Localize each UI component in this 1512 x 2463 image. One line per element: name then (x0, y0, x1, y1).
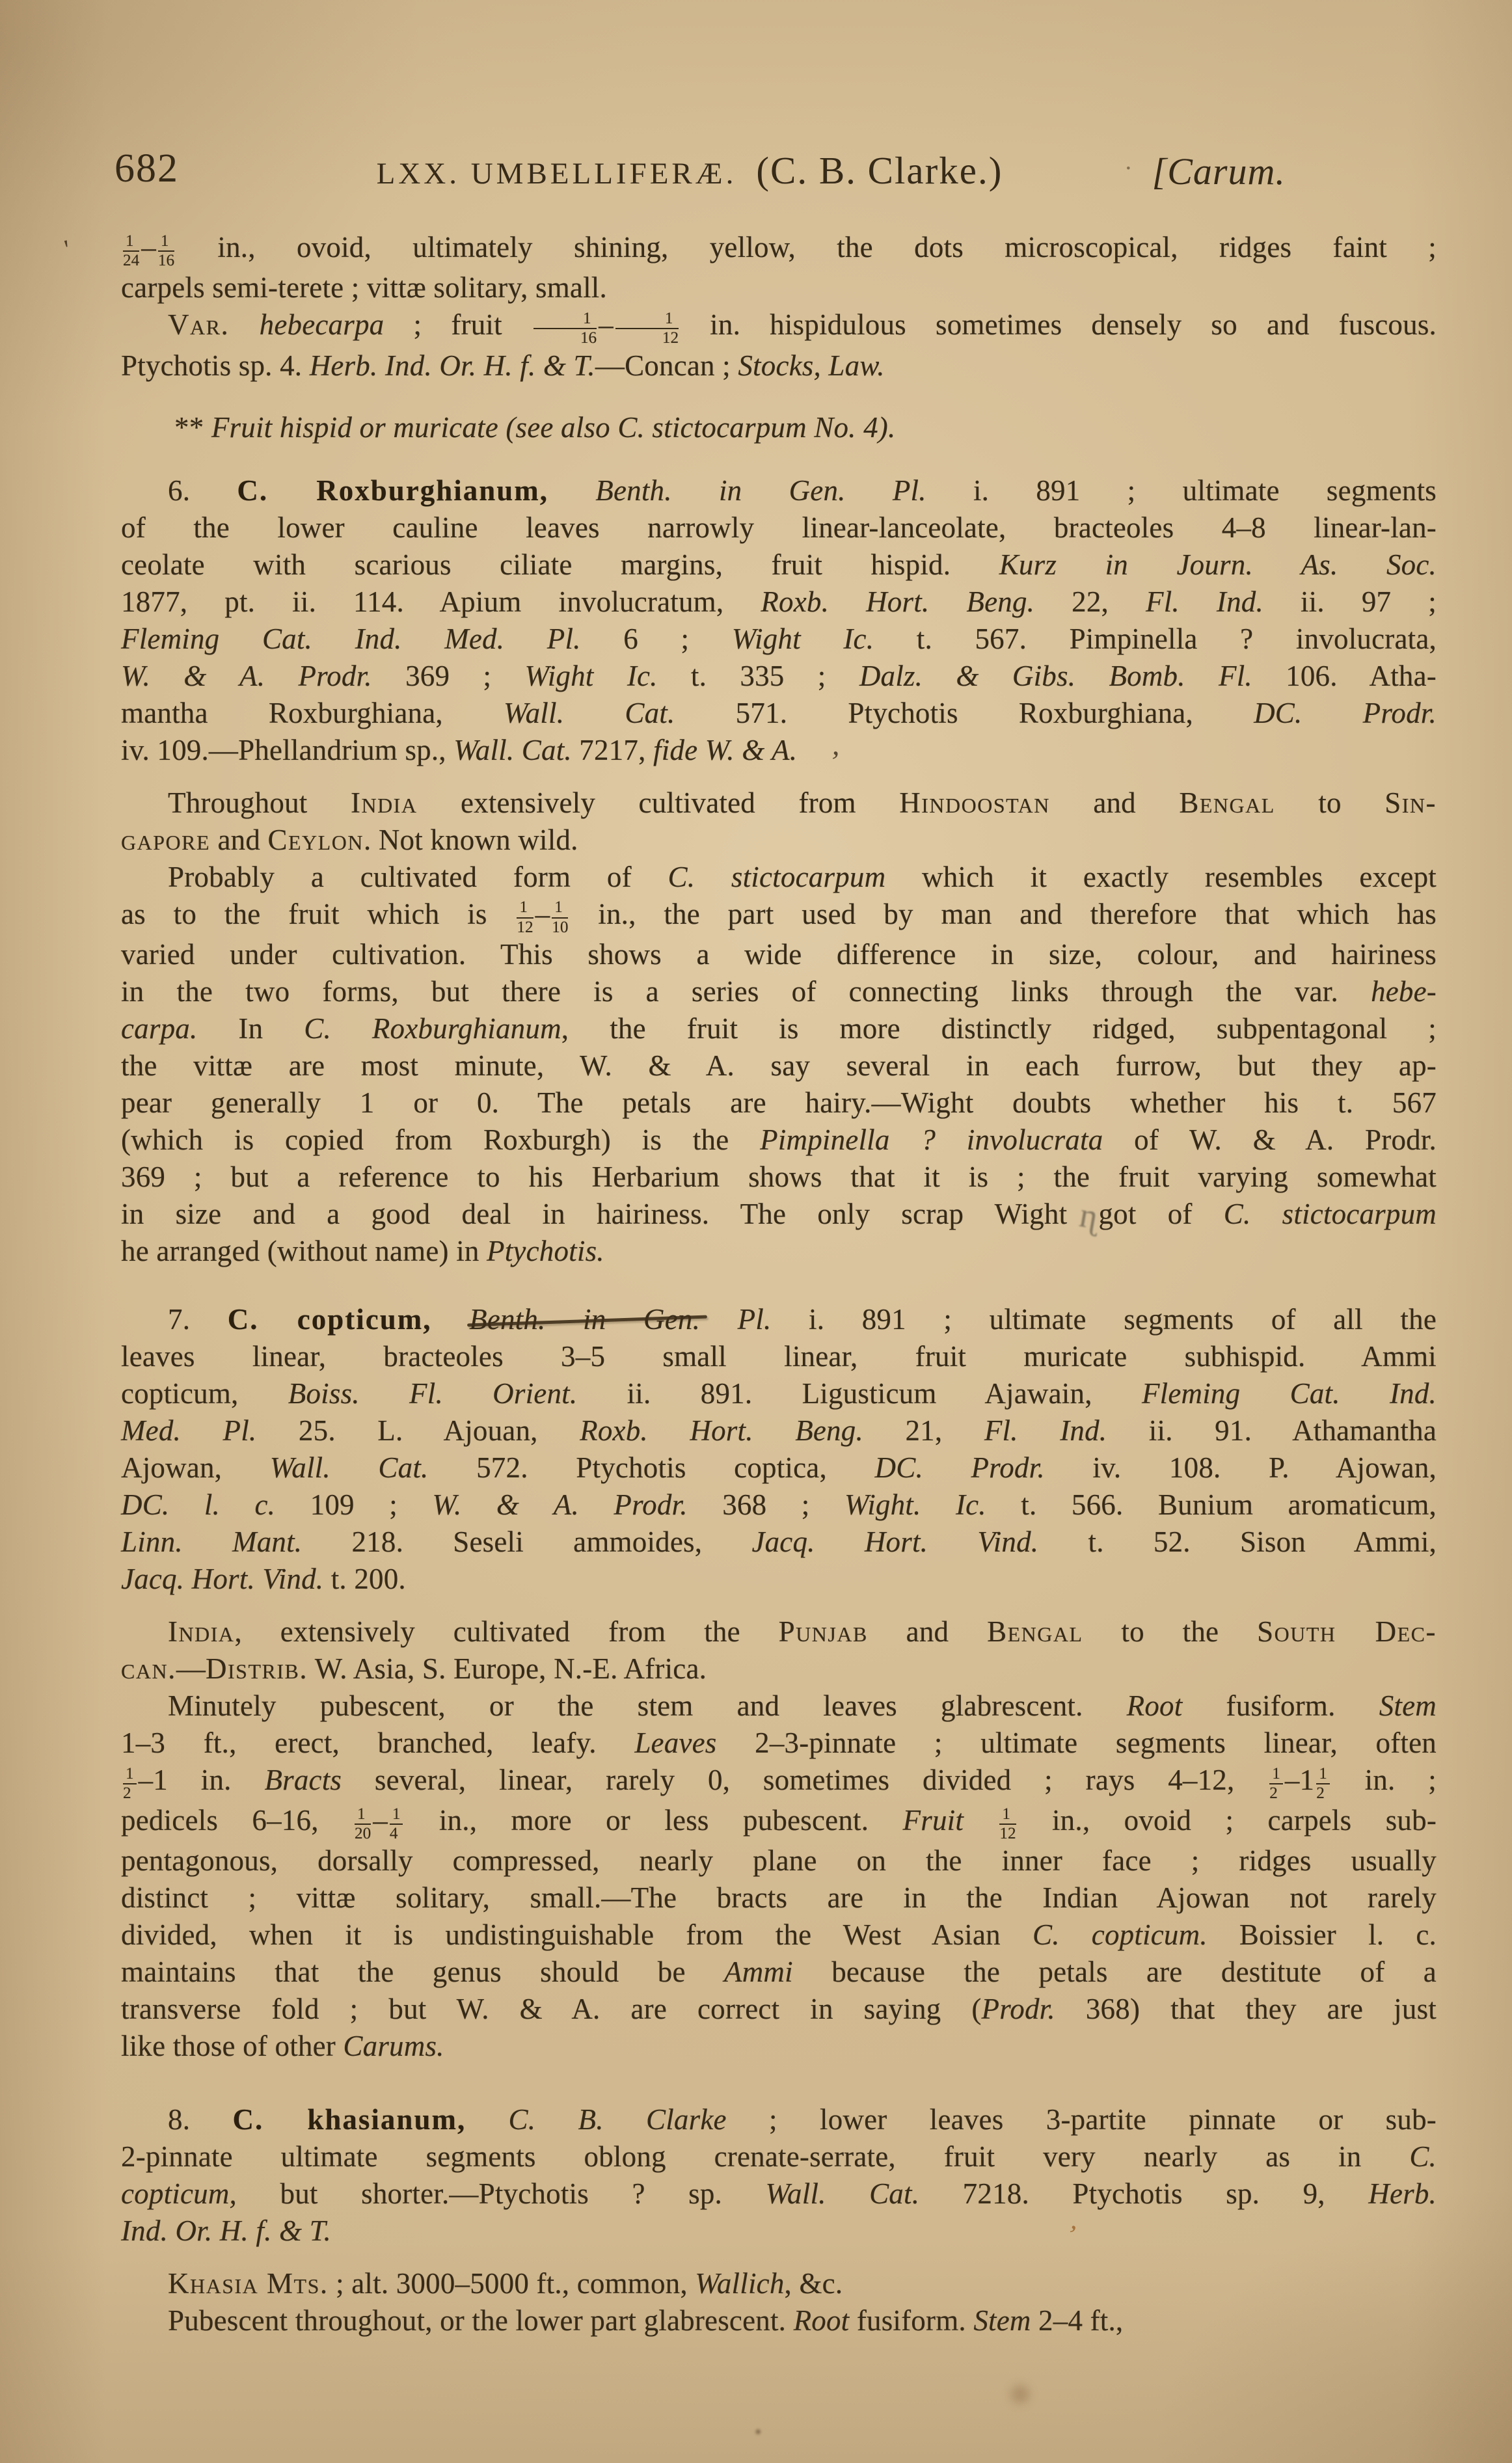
book-page: 682 LXX. UMBELLIFERÆ.(C. B. Clarke.) ·[C… (0, 0, 1512, 2463)
text-run: 106. Atha- (1252, 660, 1437, 692)
text-run: 572. Ptychotis coptica, (429, 1451, 875, 1484)
stacked-fraction: 12 (1269, 1766, 1283, 1802)
text-run: Bengal (1179, 787, 1275, 819)
text-run: DC. Prodr. (1254, 697, 1437, 729)
text-run: Jacq. Hort. Vind. (121, 1563, 323, 1595)
text-run: –1 (1285, 1764, 1314, 1796)
text-run: Root (794, 2304, 850, 2337)
text-line: gapore and Ceylon. Not known wild. (121, 822, 1437, 859)
text-line: Ajowan, Wall. Cat. 572. Ptychotis coptic… (121, 1449, 1437, 1487)
text-run: fide W. & A. (653, 734, 797, 766)
text-run: copticum, (121, 2177, 237, 2210)
text-run: Ceylon (268, 824, 364, 856)
text-run: in., more or less pubescent. (405, 1804, 902, 1837)
text-run (964, 1804, 997, 1837)
text-run: Probably a cultivated form of (168, 861, 668, 893)
text-run: extensively cultivated from (417, 787, 899, 819)
text-run: of the lower cauline leaves narrowly lin… (121, 511, 1437, 544)
text-run: mantha Roxburghiana, (121, 697, 504, 729)
paragraph-distribution-roxburghianum: Throughout India extensively cultivated … (121, 785, 1437, 859)
text-run: divided, when it is undistinguishable fr… (121, 1918, 1033, 1951)
stacked-fraction: 120 (355, 1806, 371, 1842)
text-run: Distrib. (206, 1652, 308, 1685)
genus-header: ·[Carum. (1124, 150, 1286, 193)
text-run: Wall. Cat. (270, 1451, 429, 1484)
text-run: India (351, 787, 417, 819)
text-run: because the petals are destitute of a (793, 1956, 1437, 1988)
text-run: W. & A. Prodr. (432, 1488, 687, 1521)
text-run: in the two forms, but there is a series … (121, 975, 1371, 1008)
text-run: Hindoostan (899, 787, 1050, 819)
text-run: t. 566. Bunium aromaticum, (986, 1488, 1437, 1521)
text-run: Fleming Cat. Ind. Med. Pl. (121, 623, 581, 655)
text-line: copticum, Boiss. Fl. Orient. ii. 891. Li… (121, 1375, 1437, 1412)
text-run: Herb. Ind. Or. H. f. & T. (310, 349, 595, 382)
text-line: Linn. Mant. 218. Seseli ammoides, Jacq. … (121, 1524, 1437, 1561)
stacked-fraction: 116 (533, 310, 597, 347)
text-run: Kurz in Journ. As. Soc. (999, 548, 1437, 581)
text-run: pentagonous, dorsally compressed, nearly… (121, 1844, 1437, 1877)
text-run: he arranged (without name) in (121, 1235, 487, 1267)
text-line: Fleming Cat. Ind. Med. Pl. 6 ; Wight Ic.… (121, 621, 1437, 658)
text-line: 12–1 in. Bracts several, linear, rarely … (121, 1762, 1437, 1802)
text-line: 2-pinnate ultimate segments oblong crena… (121, 2138, 1437, 2175)
stacked-fraction: 12 (123, 1766, 137, 1802)
text-run: ; alt. 3000–5000 ft., common, (329, 2267, 695, 2300)
stacked-fraction: 112 (517, 899, 533, 935)
text-line: like those of other Carums. (121, 2028, 1437, 2065)
text-run: in. hispidulous sometimes densely so and… (681, 308, 1437, 341)
text-run: Pimpinella ? involucrata (760, 1124, 1103, 1156)
text-run: Fruit hispid or muricate (see also C. st… (211, 411, 896, 444)
paragraph-species-7-copticum: 7. C. copticum, Benth. in Gen. Pl. i. 89… (121, 1301, 1437, 1598)
text-run: Bengal (987, 1615, 1083, 1648)
text-run: and (210, 824, 267, 856)
paragraph-species-6-roxburghianum: 6. C. Roxburghianum, Benth. in Gen. Pl. … (121, 472, 1437, 769)
paragraph-distribution-copticum: India, extensively cultivated from the P… (121, 1613, 1437, 1688)
text-run (700, 1303, 738, 1336)
text-run: copticum, (121, 1377, 288, 1410)
text-run: ; fruit (384, 308, 532, 341)
genus-label: [Carum. (1152, 150, 1286, 193)
text-line: 1877, pt. ii. 114. Apium involucratum, R… (121, 584, 1437, 621)
text-run: C. (1409, 2140, 1437, 2173)
text-run: Wallich (695, 2267, 784, 2300)
paragraph-species-8-khasianum: 8. C. khasianum, C. B. Clarke ; lower le… (121, 2101, 1437, 2250)
text-line: Pubescent throughout, or the lower part … (121, 2302, 1437, 2339)
paragraph-note-roxburghianum: Probably a cultivated form of C. stictoc… (121, 859, 1437, 1270)
text-run: 6 ; (581, 623, 732, 655)
text-run: and (1050, 787, 1180, 819)
text-run: transverse fold ; but W. & A. are correc… (121, 1993, 982, 2025)
ink-speck: • (755, 2421, 762, 2443)
text-run: 218. Seseli ammoides, (302, 1526, 751, 1558)
text-line: Probably a cultivated form of C. stictoc… (121, 859, 1437, 896)
text-run: pedicels 6–16, (121, 1804, 353, 1837)
text-run: 369 ; but a reference to his Herbarium s… (121, 1161, 1437, 1193)
text-run: 7. (168, 1303, 228, 1336)
text-line: the vittæ are most minute, W. & A. say s… (121, 1047, 1437, 1084)
text-run: Wall. Cat. (504, 697, 675, 729)
text-run: ii. 97 ; (1263, 585, 1437, 618)
text-line: Med. Pl. 25. L. Ajouan, Roxb. Hort. Beng… (121, 1412, 1437, 1449)
text-run: Sin- (1384, 787, 1437, 819)
text-run: fusiform. (1182, 1689, 1379, 1722)
text-line: distinct ; vittæ solitary, small.—The br… (121, 1879, 1437, 1917)
text-run: Var. (168, 308, 260, 341)
text-run: maintains that the genus should be (121, 1956, 724, 1988)
family-header: LXX. UMBELLIFERÆ. (377, 157, 737, 191)
section-heading-fruit-hispid: ** Fruit hispid or muricate (see also C.… (121, 409, 1437, 446)
text-run: in., ovoid ; carpels sub- (1018, 1804, 1437, 1837)
text-run: 369 ; (372, 660, 525, 692)
text-run: i. 891 ; ultimate segments of all the (771, 1303, 1437, 1336)
text-run: Stem (973, 2304, 1031, 2337)
text-run: t. 335 ; (658, 660, 859, 692)
text-run: – (599, 308, 614, 341)
text-run: i. 891 ; ultimate segments (926, 474, 1437, 507)
text-run: 368) that they are just (1055, 1993, 1437, 2025)
text-run: Linn. Mant. (121, 1526, 302, 1558)
text-column: 124–116 in., ovoid, ultimately shining, … (121, 229, 1437, 2339)
text-line: pear generally 1 or 0. The petals are ha… (121, 1084, 1437, 1122)
text-line: he arranged (without name) in Ptychotis. (121, 1233, 1437, 1270)
text-run: Dalz. & Gibs. Bomb. Fl. (859, 660, 1252, 692)
text-run: which it exactly resembles except (885, 861, 1437, 893)
text-run (432, 1303, 470, 1336)
text-run: 8. (168, 2103, 232, 2136)
text-run: 2–4 ft., (1031, 2304, 1124, 2337)
text-run: Fl. Ind. (984, 1414, 1107, 1447)
text-line: copticum, but shorter.—Ptychotis ? sp. W… (121, 2175, 1437, 2213)
text-run (466, 2103, 508, 2136)
text-run: hebe- (1371, 975, 1437, 1008)
text-line: in the two forms, but there is a series … (121, 973, 1437, 1010)
page-number: 682 (115, 146, 179, 192)
text-line: maintains that the genus should be Ammi … (121, 1954, 1437, 1991)
text-line: Minutely pubescent, or the stem and leav… (121, 1688, 1437, 1725)
text-run: W. & A. Prodr. (121, 660, 372, 692)
text-line: varied under cultivation. This shows a w… (121, 936, 1437, 973)
text-run: C. Roxburghianum (304, 1012, 561, 1045)
text-run: Ind. Or. H. f. & T. (121, 2214, 331, 2247)
text-run: distinct ; vittæ solitary, small.—The br… (121, 1881, 1437, 1914)
text-line: Jacq. Hort. Vind. t. 200. (121, 1561, 1437, 1598)
text-line: mantha Roxburghiana, Wall. Cat. 571. Pty… (121, 695, 1437, 732)
text-line: leaves linear, bracteoles 3–5 small line… (121, 1338, 1437, 1375)
text-run: fusiform. (849, 2304, 973, 2337)
text-run: Ajowan, (121, 1451, 270, 1484)
text-line: W. & A. Prodr. 369 ; Wight Ic. t. 335 ; … (121, 658, 1437, 695)
text-run: in., the part used by man and therefore … (570, 898, 1437, 930)
text-run: (which is copied from Roxburgh) is the (121, 1124, 760, 1156)
text-line: ceolate with scarious ciliate margins, f… (121, 546, 1437, 584)
text-run: ceolate with scarious ciliate margins, f… (121, 548, 999, 581)
text-run: 1877, pt. ii. 114. Apium involucratum, (121, 585, 761, 618)
text-run: 109 ; (275, 1488, 432, 1521)
text-run: –1 in. (139, 1764, 265, 1796)
running-header: LXX. UMBELLIFERÆ.(C. B. Clarke.) (306, 148, 1073, 193)
text-run: Pl. (738, 1303, 772, 1336)
text-run: Boiss. Fl. Orient. (288, 1377, 578, 1410)
text-run: C. stictocarpum (1224, 1198, 1437, 1230)
text-run: t. 52. Sison Ammi, (1038, 1526, 1437, 1558)
text-run: 1–3 ft., erect, branched, leafy. (121, 1727, 634, 1759)
text-run: Wight Ic. (732, 623, 874, 655)
text-line: pedicels 6–16, 120–14 in., more or less … (121, 1802, 1437, 1842)
text-line: Throughout India extensively cultivated … (121, 785, 1437, 822)
text-run: DC. Prodr. (875, 1451, 1045, 1484)
paragraph-stictocarpum-continuation: 124–116 in., ovoid, ultimately shining, … (121, 229, 1437, 306)
text-run: – (141, 231, 156, 263)
text-run: Stem (1379, 1689, 1437, 1722)
text-line: Khasia Mts. ; alt. 3000–5000 ft., common… (121, 2265, 1437, 2302)
text-run: Wight Ic. (525, 660, 658, 692)
text-run: Roxb. Hort. Beng. (761, 585, 1034, 618)
text-run: Herb. (1368, 2177, 1437, 2210)
stacked-fraction: 112 (999, 1806, 1016, 1842)
text-run: 368 ; (688, 1488, 844, 1521)
stacked-fraction: 14 (390, 1806, 403, 1842)
text-run: C. copticum. (1033, 1918, 1208, 1951)
text-run: Wall. Cat. (453, 734, 572, 766)
text-line: transverse fold ; but W. & A. are correc… (121, 1991, 1437, 2028)
text-run: – (373, 1804, 388, 1837)
paragraph-habitat-khasianum: Khasia Mts. ; alt. 3000–5000 ft., common… (121, 2265, 1437, 2302)
stacked-fraction: 110 (552, 899, 568, 935)
text-run: gapore (121, 824, 210, 856)
text-run: Throughout (168, 787, 351, 819)
text-line: in size and a good deal in hairiness. Th… (121, 1196, 1437, 1233)
text-run: ii. 91. Athamantha (1107, 1414, 1437, 1447)
text-run: in size and a good deal in hairiness. Th… (121, 1198, 1224, 1230)
text-run: Benth. in Gen. (469, 1303, 700, 1336)
text-run: varied under cultivation. This shows a w… (121, 938, 1437, 971)
stacked-fraction: 116 (158, 233, 174, 269)
text-line: Var. hebecarpa ; fruit 116–112 in. hispi… (121, 306, 1437, 347)
text-run: Punjab (779, 1615, 868, 1648)
text-run: Wall. Cat. (765, 2177, 919, 2210)
text-run: . Not known wild. (364, 824, 578, 856)
text-line: India, extensively cultivated from the P… (121, 1613, 1437, 1650)
ink-speck: ● (1007, 2368, 1033, 2417)
text-line: DC. l. c. 109 ; W. & A. Prodr. 368 ; Wig… (121, 1487, 1437, 1524)
text-run: Prodr. (982, 1993, 1055, 2025)
text-run: like those of other (121, 2030, 343, 2062)
text-run: Fl. Ind. (1146, 585, 1263, 618)
text-run: In (197, 1012, 304, 1045)
text-run: the vittæ are most minute, W. & A. say s… (121, 1049, 1437, 1082)
text-run: Stocks, Law. (738, 349, 884, 382)
text-line: as to the fruit which is 112–110 in., th… (121, 896, 1437, 936)
text-run: C. copticum, (228, 1303, 432, 1336)
stacked-fraction: 12 (1316, 1766, 1330, 1802)
text-run: Root (1127, 1689, 1183, 1722)
author-header: (C. B. Clarke.) (756, 149, 1003, 192)
text-line: carpels semi-terete ; vittæ solitary, sm… (121, 269, 1437, 306)
text-run: Jacq. Hort. Vind. (751, 1526, 1038, 1558)
text-line: of the lower cauline leaves narrowly lin… (121, 509, 1437, 546)
text-run: , &c. (785, 2267, 843, 2300)
text-run: C. stictocarpum (668, 861, 886, 893)
text-run: , the fruit is more distinctly ridged, s… (561, 1012, 1437, 1045)
text-run: to (1275, 787, 1384, 819)
text-run: 7218. Ptychotis sp. 9, (919, 2177, 1368, 2210)
text-run: 7217, (572, 734, 653, 766)
text-line: (which is copied from Roxburgh) is the P… (121, 1122, 1437, 1159)
text-run: Fleming Cat. Ind. (1142, 1377, 1437, 1410)
text-run: carpa. (121, 1012, 197, 1045)
text-line: divided, when it is undistinguishable fr… (121, 1917, 1437, 1954)
text-line: ** Fruit hispid or muricate (see also C.… (121, 409, 1437, 446)
text-line: pentagonous, dorsally compressed, nearly… (121, 1842, 1437, 1879)
text-run: Wight. Ic. (844, 1488, 986, 1521)
stacked-fraction: 112 (615, 310, 679, 347)
text-run (548, 474, 595, 507)
text-run: leaves linear, bracteoles 3–5 small line… (121, 1340, 1437, 1373)
text-run: 21, (863, 1414, 984, 1447)
text-run: 2–3-pinnate ; ultimate segments linear, … (717, 1727, 1437, 1759)
text-line: 1–3 ft., erect, branched, leafy. Leaves … (121, 1725, 1437, 1762)
text-line: 6. C. Roxburghianum, Benth. in Gen. Pl. … (121, 472, 1437, 509)
text-run: Pubescent throughout, or the lower part … (168, 2304, 794, 2337)
text-run: in., ovoid, ultimately shining, yellow, … (176, 231, 1437, 263)
text-line: can.—Distrib. W. Asia, S. Europe, N.-E. … (121, 1650, 1437, 1688)
paragraph-var-hebecarpa: Var. hebecarpa ; fruit 116–112 in. hispi… (121, 306, 1437, 384)
text-line: 7. C. copticum, Benth. in Gen. Pl. i. 89… (121, 1301, 1437, 1338)
text-run: iv. 109.—Phellandrium sp., (121, 734, 453, 766)
text-run: —Concan ; (595, 349, 738, 382)
text-run: – (535, 898, 550, 930)
text-line: 8. C. khasianum, C. B. Clarke ; lower le… (121, 2101, 1437, 2138)
text-run: , extensively cultivated from the (234, 1615, 778, 1648)
text-run: Khasia Mts. (168, 2267, 329, 2300)
text-run: 25. L. Ajouan, (256, 1414, 580, 1447)
text-line: Ptychotis sp. 4. Herb. Ind. Or. H. f. & … (121, 347, 1437, 384)
text-run: carpels semi-terete ; vittæ solitary, sm… (121, 271, 607, 304)
text-run: C. khasianum, (232, 2103, 466, 2136)
text-line: 124–116 in., ovoid, ultimately shining, … (121, 229, 1437, 269)
text-run: 2-pinnate ultimate segments oblong crena… (121, 2140, 1409, 2173)
text-run: South Dec- (1257, 1615, 1437, 1648)
text-run: Ptychotis. (487, 1235, 604, 1267)
text-run: 22, (1034, 585, 1146, 618)
text-run: C. B. Clarke (509, 2103, 727, 2136)
text-run: India (168, 1615, 234, 1648)
text-run: Carums. (343, 2030, 444, 2062)
text-run: Leaves (634, 1727, 716, 1759)
text-run: Roxb. Hort. Beng. (580, 1414, 863, 1447)
text-run: Minutely pubescent, or the stem and leav… (168, 1689, 1127, 1722)
text-run: pear generally 1 or 0. The petals are ha… (121, 1086, 1437, 1119)
text-run: several, linear, rarely 0, sometimes div… (342, 1764, 1267, 1796)
text-run: t. 200. (323, 1563, 406, 1595)
text-run: C. Roxburghianum, (237, 474, 548, 507)
text-run: 571. Ptychotis Roxburghiana, (675, 697, 1254, 729)
text-line: iv. 109.—Phellandrium sp., Wall. Cat. 72… (121, 732, 1437, 769)
text-run: and (868, 1615, 987, 1648)
text-run: 6. (168, 474, 237, 507)
text-run: to the (1083, 1615, 1258, 1648)
text-run: Bracts (264, 1764, 342, 1796)
text-line: Ind. Or. H. f. & T. (121, 2213, 1437, 2250)
text-run: Med. Pl. (121, 1414, 256, 1447)
text-run: as to the fruit which is (121, 898, 515, 930)
paragraph-description-copticum: Minutely pubescent, or the stem and leav… (121, 1688, 1437, 2066)
text-run: Boissier l. c. (1208, 1918, 1437, 1951)
text-run: — (176, 1652, 206, 1685)
text-run: but shorter.—Ptychotis ? sp. (237, 2177, 765, 2210)
header-separator-dot: · (1124, 155, 1133, 182)
text-run: Ptychotis sp. 4. (121, 349, 310, 382)
text-run: Ammi (724, 1956, 793, 1988)
text-run: can. (121, 1652, 176, 1685)
ink-speck: ' (62, 234, 73, 266)
text-run: DC. l. c. (121, 1488, 275, 1521)
text-run: ; lower leaves 3-partite pinnate or sub- (727, 2103, 1437, 2136)
text-run: t. 567. Pimpinella ? involucrata, (874, 623, 1437, 655)
paragraph-description-khasianum: Pubescent throughout, or the lower part … (121, 2302, 1437, 2339)
text-line: 369 ; but a reference to his Herbarium s… (121, 1159, 1437, 1196)
text-run: in. ; (1332, 1764, 1437, 1796)
text-run: iv. 108. P. Ajowan, (1045, 1451, 1437, 1484)
text-line: carpa. In C. Roxburghianum, the fruit is… (121, 1010, 1437, 1047)
text-run: Benth. in Gen. Pl. (595, 474, 926, 507)
text-run: ** (174, 411, 211, 444)
stacked-fraction: 124 (123, 233, 139, 269)
text-run: ii. 891. Ligusticum Ajawain, (577, 1377, 1142, 1410)
text-run: hebecarpa (260, 308, 385, 341)
text-run: of W. & A. Prodr. (1103, 1124, 1437, 1156)
text-run: W. Asia, S. Europe, N.-E. Africa. (308, 1652, 707, 1685)
text-run: Fruit (903, 1804, 964, 1837)
